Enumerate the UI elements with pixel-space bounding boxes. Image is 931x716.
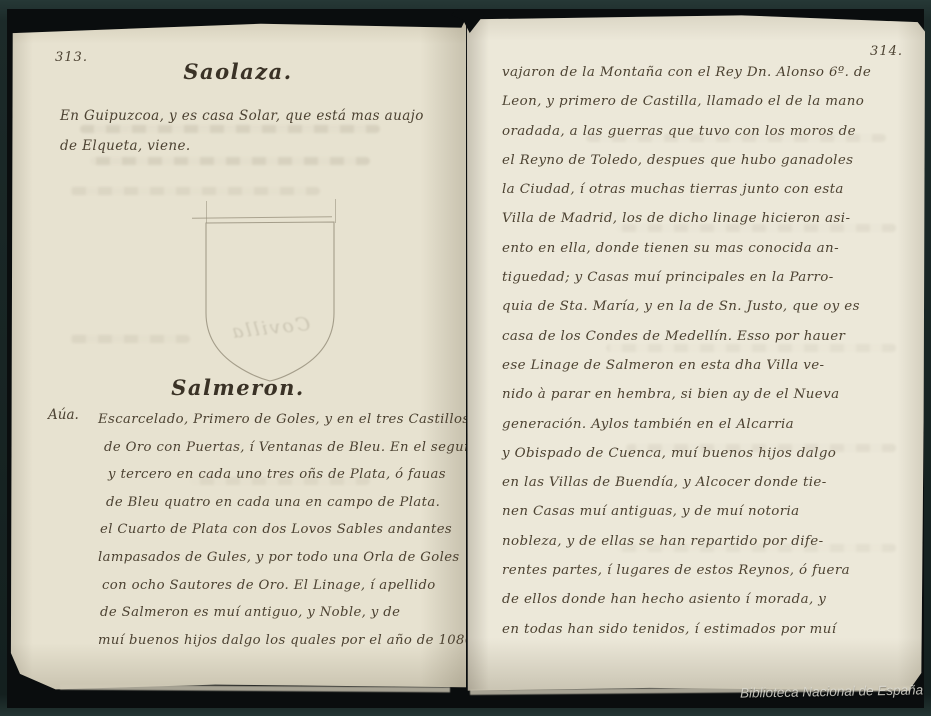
manuscript-line: Escarcelado, Primero de Goles, y en el t…: [98, 406, 458, 434]
manuscript-page-right: 314. vajaron de la Montaña con el Rey Dn…: [466, 14, 925, 692]
pencil-shield-sketch: Covilla: [188, 195, 348, 395]
manuscript-line: vajaron de la Montaña con el Rey Dn. Alo…: [502, 58, 916, 87]
margin-note: Aúa.: [48, 407, 79, 423]
bleedthrough-mark: [626, 444, 896, 452]
manuscript-line: tiguedad; y Casas muí principales en la …: [502, 263, 916, 292]
manuscript-line: el Reyno de Toledo, despues que hubo gan…: [502, 146, 916, 175]
manuscript-line: Leon, y primero de Castilla, llamado el …: [502, 87, 916, 116]
pencil-guideline: [192, 216, 332, 218]
salmeron-paragraph: Escarcelado, Primero de Goles, y en el t…: [98, 406, 458, 654]
pencil-guideline: [335, 199, 336, 223]
bleedthrough-mark: [190, 477, 370, 485]
bleedthrough-mark: [80, 125, 380, 133]
manuscript-line: nido à parar en hembra, si bien ay de el…: [502, 380, 916, 409]
manuscript-line: el Cuarto de Plata con dos Lovos Sables …: [100, 516, 458, 544]
manuscript-line: de ellos donde han hecho asiento í morad…: [502, 585, 916, 614]
manuscript-line: en las Villas de Buendía, y Alcocer dond…: [502, 468, 916, 497]
manuscript-line: quia de Sta. María, y en la de Sn. Justo…: [502, 292, 916, 321]
bleedthrough-mark: [70, 187, 320, 195]
manuscript-line: muí buenos hijos dalgo los quales por el…: [98, 627, 458, 655]
manuscript-line: de Oro con Puertas, í Ventanas de Bleu. …: [104, 434, 458, 462]
bleedthrough-mark: [616, 224, 896, 232]
manuscript-line: con ocho Sautores de Oro. El Linage, í a…: [102, 572, 458, 600]
library-watermark: Biblioteca Nacional de España: [740, 682, 923, 700]
bleedthrough-mark: [586, 134, 886, 142]
section-heading-saolaza: Saolaza.: [10, 59, 466, 84]
manuscript-line: en todas han sido tenidos, í estimados p…: [502, 615, 916, 644]
manuscript-line: ento en ella, donde tienen su mas conoci…: [502, 234, 916, 263]
manuscript-page-left: 313. Saolaza. En Guipuzcoa, y es casa So…: [10, 17, 466, 690]
manuscript-line: lampasados de Gules, y por todo una Orla…: [98, 544, 458, 572]
bleedthrough-mark: [90, 157, 370, 165]
manuscript-photo: 313. Saolaza. En Guipuzcoa, y es casa So…: [0, 0, 931, 716]
manuscript-line: rentes partes, í lugares de estos Reynos…: [502, 556, 916, 585]
page-number-right: 314.: [870, 44, 903, 59]
manuscript-line: nen Casas muí antiguas, y de muí notoria: [502, 497, 916, 526]
bleedthrough-mark: [616, 544, 896, 552]
bleedthrough-mark: [606, 344, 896, 352]
manuscript-line: la Ciudad, í otras muchas tierras junto …: [502, 175, 916, 204]
bleedthrough-mark: [70, 335, 190, 343]
pencil-guideline: [206, 201, 207, 223]
section-heading-salmeron: Salmeron.: [10, 375, 466, 400]
manuscript-line: ese Linage de Salmeron en esta dha Villa…: [502, 351, 916, 380]
manuscript-line: de Bleu quatro en cada una en campo de P…: [106, 489, 458, 517]
manuscript-line: generación. Aylos también en el Alcarria: [502, 410, 916, 439]
manuscript-line: de Salmeron es muí antiguo, y Noble, y d…: [100, 599, 458, 627]
shield-outline-icon: [204, 221, 336, 383]
